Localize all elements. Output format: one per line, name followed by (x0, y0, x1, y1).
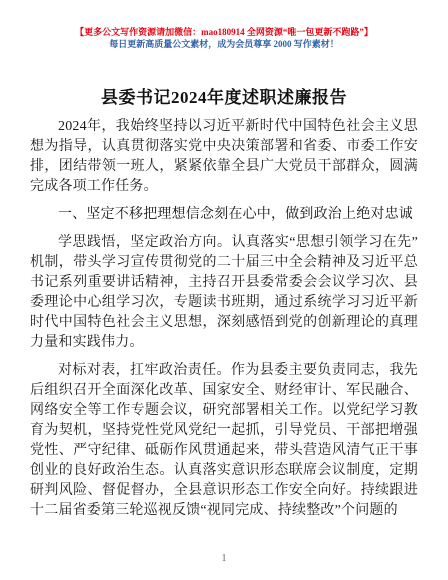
paragraph: 2024年，我始终坚持以习近平新时代中国特色社会主义思想为指导，认真贯彻落实党中… (30, 117, 418, 197)
page-number: 1 (0, 553, 448, 564)
paragraph: 对标对表，扛牢政治责任。作为县委主要负责同志，我先后组织召开全面深化改革、国家安… (30, 361, 418, 521)
document-page: 【更多公文写作资源请加微信：mao180914 全网资源“唯一包更新不跑路”】 … (0, 0, 448, 580)
section-heading: 一、坚定不移把理想信念刻在心中，做到政治上绝对忠诚 (30, 205, 418, 225)
promo-banner-line1: 【更多公文写作资源请加微信：mao180914 全网资源“唯一包更新不跑路”】 (30, 26, 418, 38)
document-title: 县委书记2024年度述职述廉报告 (30, 86, 418, 110)
paragraph: 学思践悟，坚定政治方向。认真落实“思想引领学习在先”机制，带头学习宣传贯彻党的二… (30, 233, 418, 353)
promo-banner: 【更多公文写作资源请加微信：mao180914 全网资源“唯一包更新不跑路”】 … (30, 26, 418, 50)
promo-banner-line2: 每日更新高质量公文素材，成为会员尊享 2000 写作素材！ (30, 38, 418, 50)
document-body: 2024年，我始终坚持以习近平新时代中国特色社会主义思想为指导，认真贯彻落实党中… (30, 117, 418, 521)
